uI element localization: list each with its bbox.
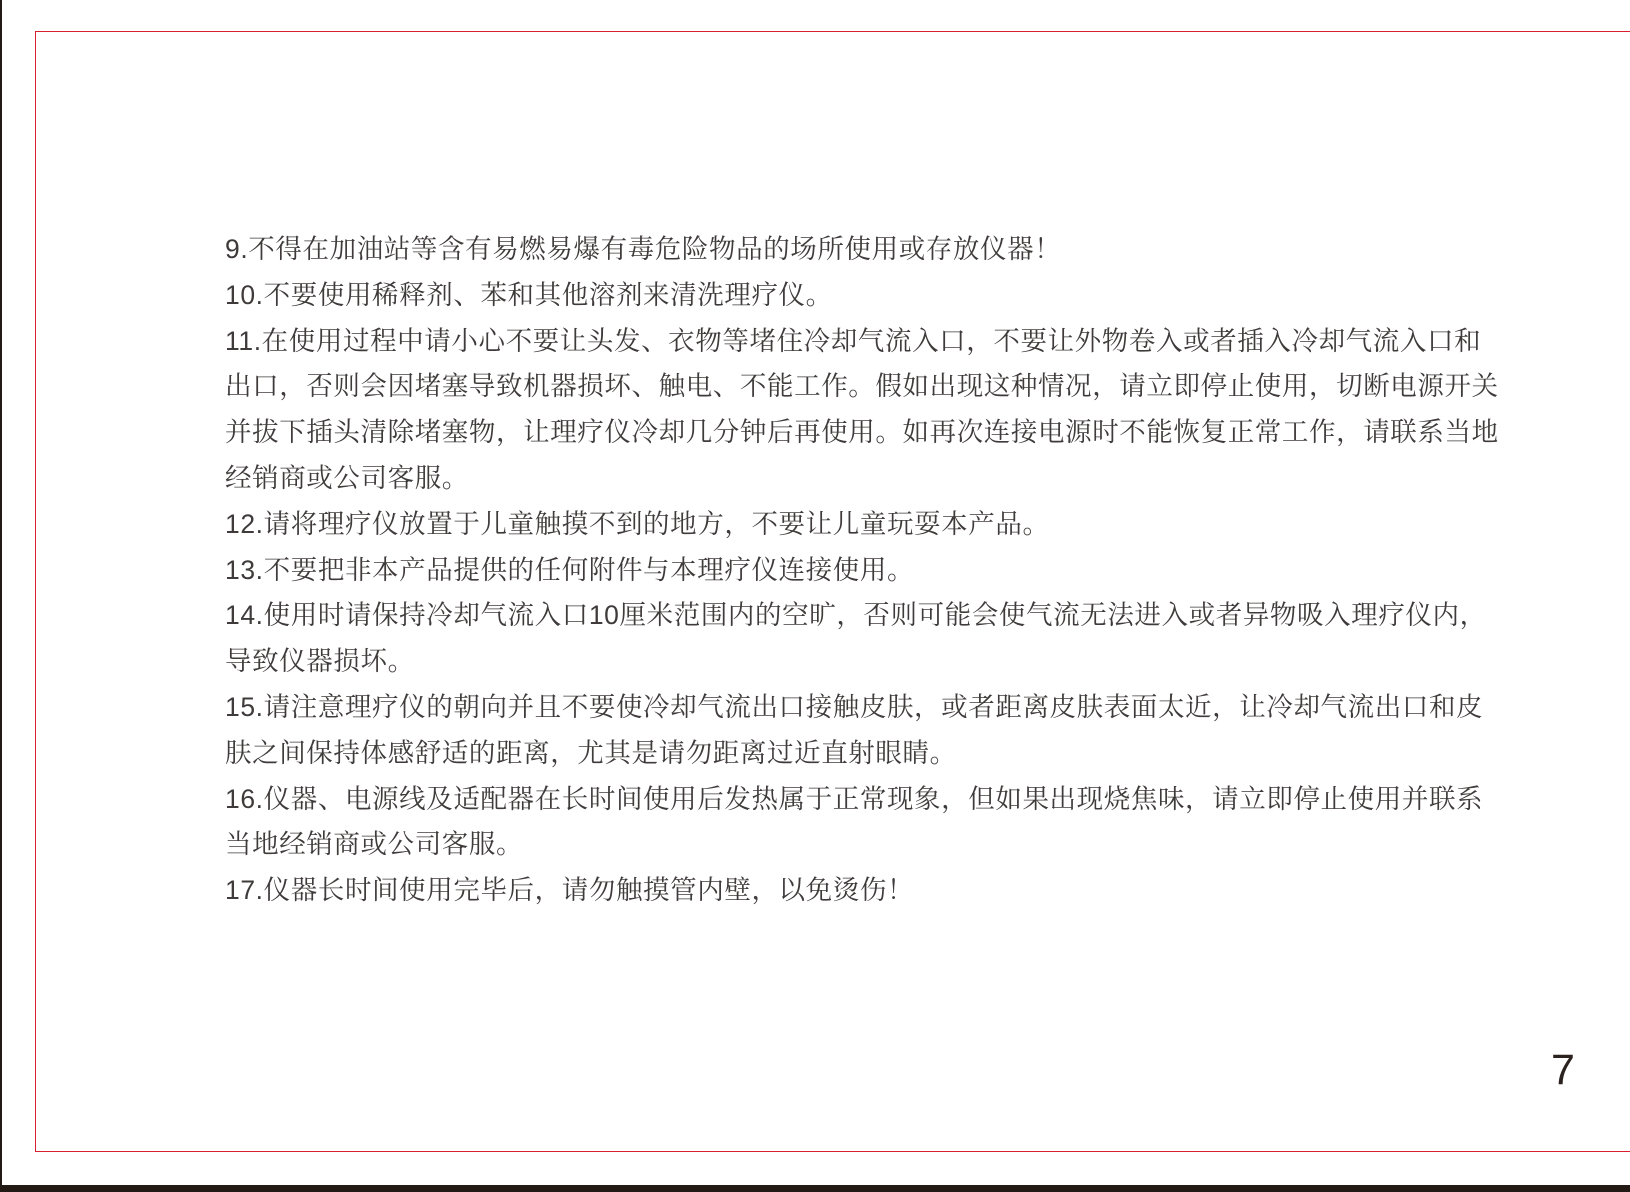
text-line: 肤之间保持体感舒适的距离，尤其是请勿距离过近直射眼睛。 <box>225 731 1395 777</box>
page-number: 7 <box>1551 1049 1575 1092</box>
text-line: 9.不得在加油站等含有易燃易爆有毒危险物品的场所使用或存放仪器！ <box>225 227 1395 273</box>
text-line: 10.不要使用稀释剂、苯和其他溶剂来清洗理疗仪。 <box>225 273 1395 319</box>
text-line: 13.不要把非本产品提供的任何附件与本理疗仪连接使用。 <box>225 548 1395 594</box>
text-line: 经销商或公司客服。 <box>225 456 1395 502</box>
safety-instructions-text: 9.不得在加油站等含有易燃易爆有毒危险物品的场所使用或存放仪器！ 10.不要使用… <box>225 227 1395 914</box>
text-line: 并拔下插头清除堵塞物，让理疗仪冷却几分钟后再使用。如再次连接电源时不能恢复正常工… <box>225 410 1395 456</box>
text-line: 17.仪器长时间使用完毕后，请勿触摸管内壁，以免烫伤！ <box>225 868 1395 914</box>
left-edge-print-mark <box>0 0 2 1192</box>
text-line: 导致仪器损坏。 <box>225 639 1395 685</box>
text-line: 16.仪器、电源线及适配器在长时间使用后发热属于正常现象，但如果出现烧焦味，请立… <box>225 777 1395 823</box>
text-line: 11.在使用过程中请小心不要让头发、衣物等堵住冷却气流入口，不要让外物卷入或者插… <box>225 319 1395 365</box>
text-line: 14.使用时请保持冷却气流入口10厘米范围内的空旷，否则可能会使气流无法进入或者… <box>225 593 1395 639</box>
text-line: 12.请将理疗仪放置于儿童触摸不到的地方，不要让儿童玩耍本产品。 <box>225 502 1395 548</box>
bottom-edge-print-mark <box>0 1185 1630 1192</box>
text-line: 出口，否则会因堵塞导致机器损坏、触电、不能工作。假如出现这种情况，请立即停止使用… <box>225 364 1395 410</box>
manual-page: 9.不得在加油站等含有易燃易爆有毒危险物品的场所使用或存放仪器！ 10.不要使用… <box>0 0 1630 1192</box>
text-line: 当地经销商或公司客服。 <box>225 822 1395 868</box>
text-line: 15.请注意理疗仪的朝向并且不要使冷却气流出口接触皮肤，或者距离皮肤表面太近，让… <box>225 685 1395 731</box>
